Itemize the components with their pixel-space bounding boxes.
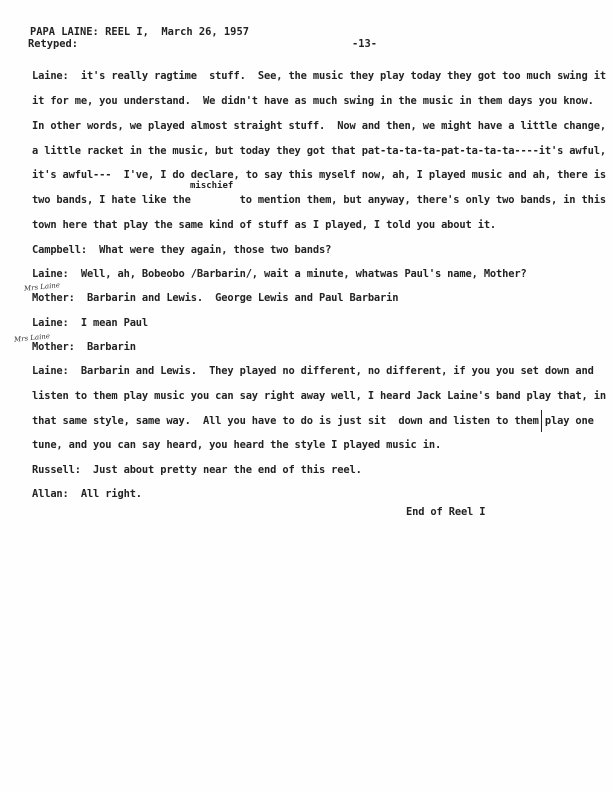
- transcript-line: a little racket in the music, but today …: [32, 145, 606, 157]
- transcript-line: Russell: Just about pretty near the end …: [32, 464, 362, 476]
- transcript-line: Laine: it's really ragtime stuff. See, t…: [32, 70, 606, 82]
- header-title: PAPA LAINE: REEL I, March 26, 1957: [30, 26, 249, 38]
- transcript-line: two bands, I hate like the to mention th…: [32, 194, 606, 206]
- page-number: -13-: [352, 38, 377, 50]
- proofreading-mark: [541, 410, 542, 432]
- transcript-line: Campbell: What were they again, those tw…: [32, 244, 331, 256]
- closing-note: End of Reel I: [406, 506, 485, 518]
- transcript-line: it for me, you understand. We didn't hav…: [32, 95, 594, 107]
- transcript-line: Mother: Barbarin: [32, 341, 136, 353]
- transcript-line: town here that play the same kind of stu…: [32, 219, 496, 231]
- transcript-line: Mother: Barbarin and Lewis. George Lewis…: [32, 292, 398, 304]
- transcript-line: it's awful--- I've, I do declare, to say…: [32, 169, 606, 181]
- transcript-line: Allan: All right.: [32, 488, 142, 500]
- transcript-line: that same style, same way. All you have …: [32, 415, 594, 427]
- document-page: PAPA LAINE: REEL I, March 26, 1957 Retyp…: [0, 0, 612, 792]
- interlinear-insert: mischief: [190, 181, 233, 191]
- transcript-line: Laine: I mean Paul: [32, 317, 148, 329]
- transcript-line: In other words, we played almost straigh…: [32, 120, 606, 132]
- transcript-line: tune, and you can say heard, you heard t…: [32, 439, 441, 451]
- header-retyped: Retyped:: [28, 38, 78, 50]
- transcript-line: Laine: Barbarin and Lewis. They played n…: [32, 365, 594, 377]
- transcript-line: listen to them play music you can say ri…: [32, 390, 606, 402]
- transcript-line: Laine: Well, ah, Bobeobo /Barbarin/, wai…: [32, 268, 527, 280]
